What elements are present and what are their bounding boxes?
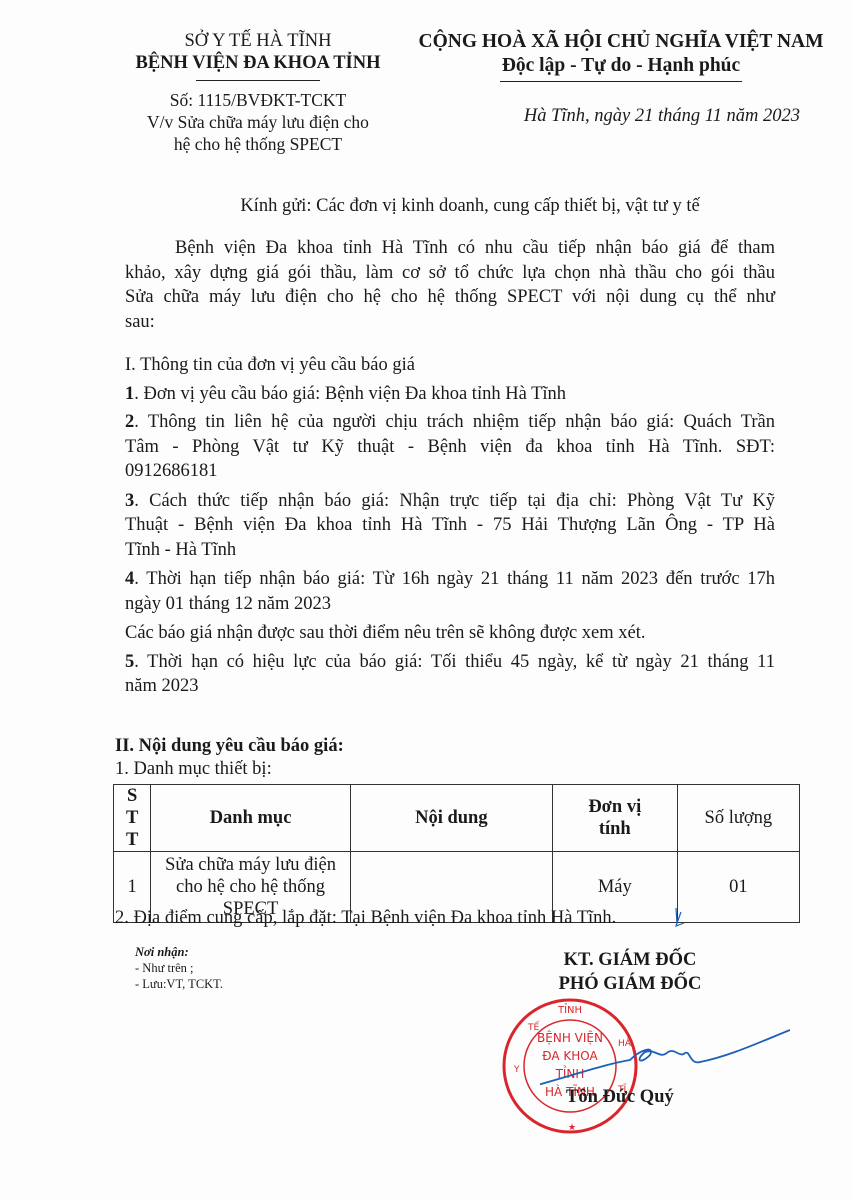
item-number: 4 [125,569,134,589]
recipient-item: - Như trên ; [135,960,223,976]
section-1-item-4: 4. Thời hạn tiếp nhận báo giá: Từ 16h ng… [125,567,775,616]
item-number: 1 [125,384,134,404]
document-number: Số: 1115/BVĐKT-TCKT [108,89,408,111]
place-date: Hà Tĩnh, ngày 21 tháng 11 năm 2023 [470,106,800,127]
svg-text:Y: Y [513,1065,520,1075]
header-quantity: Số lượng [677,785,799,852]
intro-line: Bệnh viện Đa khoa tỉnh Hà Tĩnh có nhu cầ… [125,236,775,261]
cell-quantity: 01 [677,852,799,923]
subject-line-1: V/v Sửa chữa máy lưu điện cho [108,111,408,133]
section-1: I. Thông tin của đơn vị yêu cầu báo giá … [125,353,775,699]
equipment-table: ST T Danh mục Nội dung Đơn vị tính Số lư… [113,784,800,923]
national-header: CỘNG HOÀ XÃ HỘI CHỦ NGHĨA VIỆT NAM Độc l… [412,30,830,82]
header-stt: ST T [114,785,151,852]
item-text: Cách thức tiếp nhận báo giá: Nhận trực t… [149,491,775,511]
document-page: SỞ Y TẾ HÀ TĨNH BỆNH VIỆN ĐA KHOA TỈNH S… [0,0,851,1200]
item-text: năm 2023 [125,674,775,699]
item-text: ngày 01 tháng 12 năm 2023 [125,592,775,617]
item-text: Thuật - Bệnh viện Đa khoa tỉnh Hà Tĩnh -… [125,513,775,538]
delivery-location: 2. Địa điểm cung cấp, lắp đặt: Tại Bệnh … [115,906,616,931]
item-number: 3 [125,491,134,511]
recipient-item: - Lưu:VT, TCKT. [135,976,223,992]
section-1-item-1: 1. Đơn vị yêu cầu báo giá: Bệnh viện Đa … [125,382,775,407]
issuer-block: SỞ Y TẾ HÀ TĨNH BỆNH VIỆN ĐA KHOA TỈNH S… [108,30,408,155]
svg-text:TẾ: TẾ [527,1021,539,1033]
section-1-item-2: 2. Thông tin liên hệ của người chịu trác… [125,410,775,484]
motto: Độc lập - Tự do - Hạnh phúc [412,54,830,78]
header-unit: Đơn vị tính [552,785,677,852]
item-text: Đơn vị yêu cầu báo giá: Bệnh viện Đa kho… [144,384,567,404]
recipients-title: Nơi nhận: [135,944,223,960]
item-text: 0912686181 [125,459,775,484]
intro-line: khảo, xây dựng giá gói thầu, làm cơ sở t… [125,261,775,286]
ink-mark-icon [672,906,686,928]
intro-line: sau: [125,310,775,335]
signer-name: Tôn Đức Quý [566,1087,674,1108]
subject-line-2: hệ cho hệ thống SPECT [108,133,408,155]
country-name: CỘNG HOÀ XÃ HỘI CHỦ NGHĨA VIỆT NAM [412,30,830,54]
deadline-note: Các báo giá nhận được sau thời điểm nêu … [125,621,775,646]
svg-text:★: ★ [568,1123,576,1133]
item-text: Tĩnh - Hà Tĩnh [125,538,775,563]
svg-text:TỈNH: TỈNH [557,1002,582,1016]
item-text: Thời hạn có hiệu lực của báo giá: Tối th… [147,652,775,672]
section-1-title: I. Thông tin của đơn vị yêu cầu báo giá [125,353,775,378]
header-category: Danh mục [151,785,350,852]
item-number: 2 [125,412,134,432]
section-1-item-5: 5. Thời hạn có hiệu lực của báo giá: Tối… [125,650,775,699]
item-text: Tâm - Phòng Vật tư Kỹ thuật - Bệnh viện … [125,435,775,460]
intro-line: Sửa chữa máy lưu điện cho hệ cho hệ thốn… [125,285,775,310]
greeting: Kính gửi: Các đơn vị kinh doanh, cung cấ… [120,196,820,217]
table-header-row: ST T Danh mục Nội dung Đơn vị tính Số lư… [114,785,800,852]
section-1-item-3: 3. Cách thức tiếp nhận báo giá: Nhận trự… [125,489,775,563]
organization-name: BỆNH VIỆN ĐA KHOA TỈNH [108,52,408,74]
header-divider [196,80,320,81]
intro-paragraph: Bệnh viện Đa khoa tỉnh Hà Tĩnh có nhu cầ… [125,236,775,334]
section-2-subtitle: 1. Danh mục thiết bị: [115,757,272,782]
signer-line-2: PHÓ GIÁM ĐỐC [520,972,740,996]
ministry-name: SỞ Y TẾ HÀ TĨNH [108,30,408,52]
signer-title-block: KT. GIÁM ĐỐC PHÓ GIÁM ĐỐC [520,948,740,996]
item-text: Thông tin liên hệ của người chịu trách n… [148,412,775,432]
signer-line-1: KT. GIÁM ĐỐC [520,948,740,972]
section-2-title: II. Nội dung yêu cầu báo giá: [115,734,344,759]
item-number: 5 [125,652,134,672]
item-text: Thời hạn tiếp nhận báo giá: Từ 16h ngày … [146,569,775,589]
recipients-block: Nơi nhận: - Như trên ; - Lưu:VT, TCKT. [135,944,223,992]
motto-underline [500,81,742,82]
header-content: Nội dung [350,785,552,852]
